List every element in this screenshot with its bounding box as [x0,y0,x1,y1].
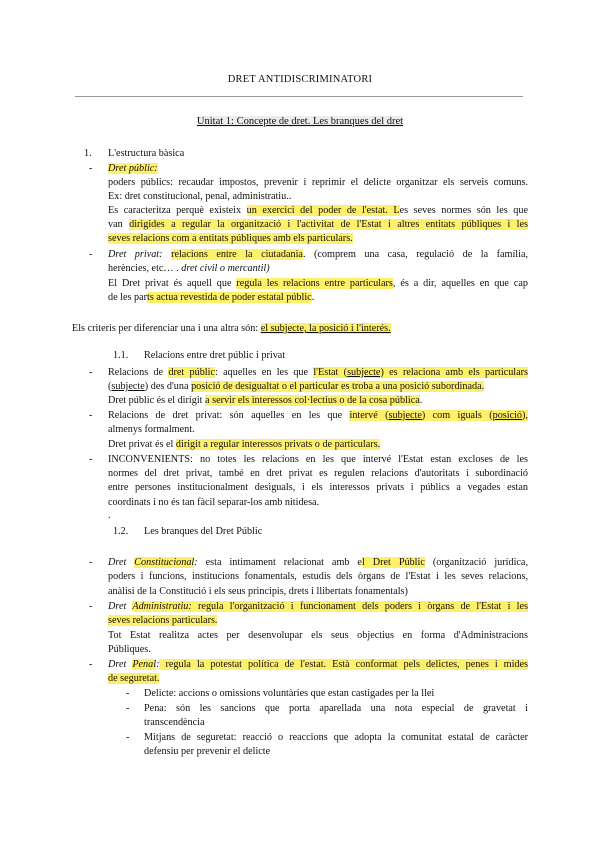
bullet-dash: - [89,366,92,379]
sub-bullet-dash: - [126,687,129,700]
paragraph-line: Dret Constitucional: esta intimament rel… [108,556,528,569]
paragraph-line: Relacions de dret privat: són aquelles e… [108,409,528,422]
paragraph-line: coordinats i no és tan fàcil separar-los… [108,496,319,509]
paragraph-line: poders públics: recaudar impostos, preve… [108,176,528,189]
page-header: DRET ANTIDISCRIMINATORI [0,74,600,85]
criteria-line: Els criteris per diferenciar una i una a… [72,322,391,335]
paragraph-line: entre persones institucionalment desigua… [108,481,528,494]
sub-item-mitjans-cont: defensiu per prevenir el delicte [144,745,270,758]
bullet-dash: - [89,162,92,175]
bullet-dash: - [89,248,92,261]
paragraph-line: Dret Administratiu: regula l'organitzaci… [108,600,528,613]
paragraph-line: seves relacions particulars. [108,614,217,627]
paragraph-line: (subjecte) des d'una posició de desigual… [108,380,484,393]
bullet-dash: - [89,600,92,613]
paragraph-line: seves relacions com a entitats públiques… [108,232,353,245]
paragraph-line: herències, etc… . dret civil o mercantil… [108,262,270,275]
paragraph-line: poders i funcions, institucions fonament… [108,570,528,583]
sub-item-mitjans: Mitjans de seguretat: reacció o reaccion… [144,731,528,744]
paragraph-line: Dret privat és el dirigit a regular inte… [108,438,380,451]
paragraph-line: INCONVENIENTS: no totes les relacions en… [108,453,528,466]
paragraph-line: de seguretat. [108,672,159,685]
paragraph-line: Dret Penal: regula la potestat política … [108,658,528,671]
paragraph-line: Ex: dret constitucional, penal, administ… [108,190,291,203]
paragraph-line: Relacions de dret públic: aquelles en le… [108,366,528,379]
paragraph-line: normes del dret privat, també en dret pr… [108,467,528,480]
paragraph-line: Dret públic és el dirigit a servir els i… [108,394,422,407]
subsection-title: Les branques del Dret Públic [144,525,262,538]
dret-public-label: Dret públic: [108,162,158,175]
sub-item-delicte: Delicte: accions o omissions voluntàries… [144,687,434,700]
paragraph-line: anàlisi de la Constitució i els seus pri… [108,585,408,598]
sub-bullet-dash: - [126,702,129,715]
section-number: 1. [84,147,92,160]
paragraph-line: Tot Estat realitza actes per desenvolupa… [108,629,528,642]
bullet-dash: - [89,556,92,569]
subsection-title: Relacions entre dret públic i privat [144,349,285,362]
paragraph-line: van dirigides a regular la organització … [108,218,528,231]
section-title: L'estructura bàsica [108,147,184,160]
stray-dot: . [108,509,111,522]
paragraph-line: de les parts actua revestida de poder es… [108,291,314,304]
dret-privat-line: Dret privat: relacions entre la ciutadan… [108,248,528,261]
unit-title: Unitat 1: Concepte de dret. Les branques… [0,116,600,127]
sub-item-pena-cont: transcendència [144,716,205,729]
subsection-number: 1.2. [113,525,128,538]
subsection-number: 1.1. [113,349,128,362]
paragraph-line: Públiques. [108,643,151,656]
paragraph-line: almenys formalment. [108,423,195,436]
sub-item-pena: Pena: són les sancions que porta aparell… [144,702,528,715]
header-divider [75,96,523,97]
sub-bullet-dash: - [126,731,129,744]
bullet-dash: - [89,658,92,671]
paragraph-line: El Dret privat és aquell que regula les … [108,277,528,290]
bullet-dash: - [89,453,92,466]
bullet-dash: - [89,409,92,422]
paragraph-line: Es caracteritza perquè existeix un exerc… [108,204,528,217]
